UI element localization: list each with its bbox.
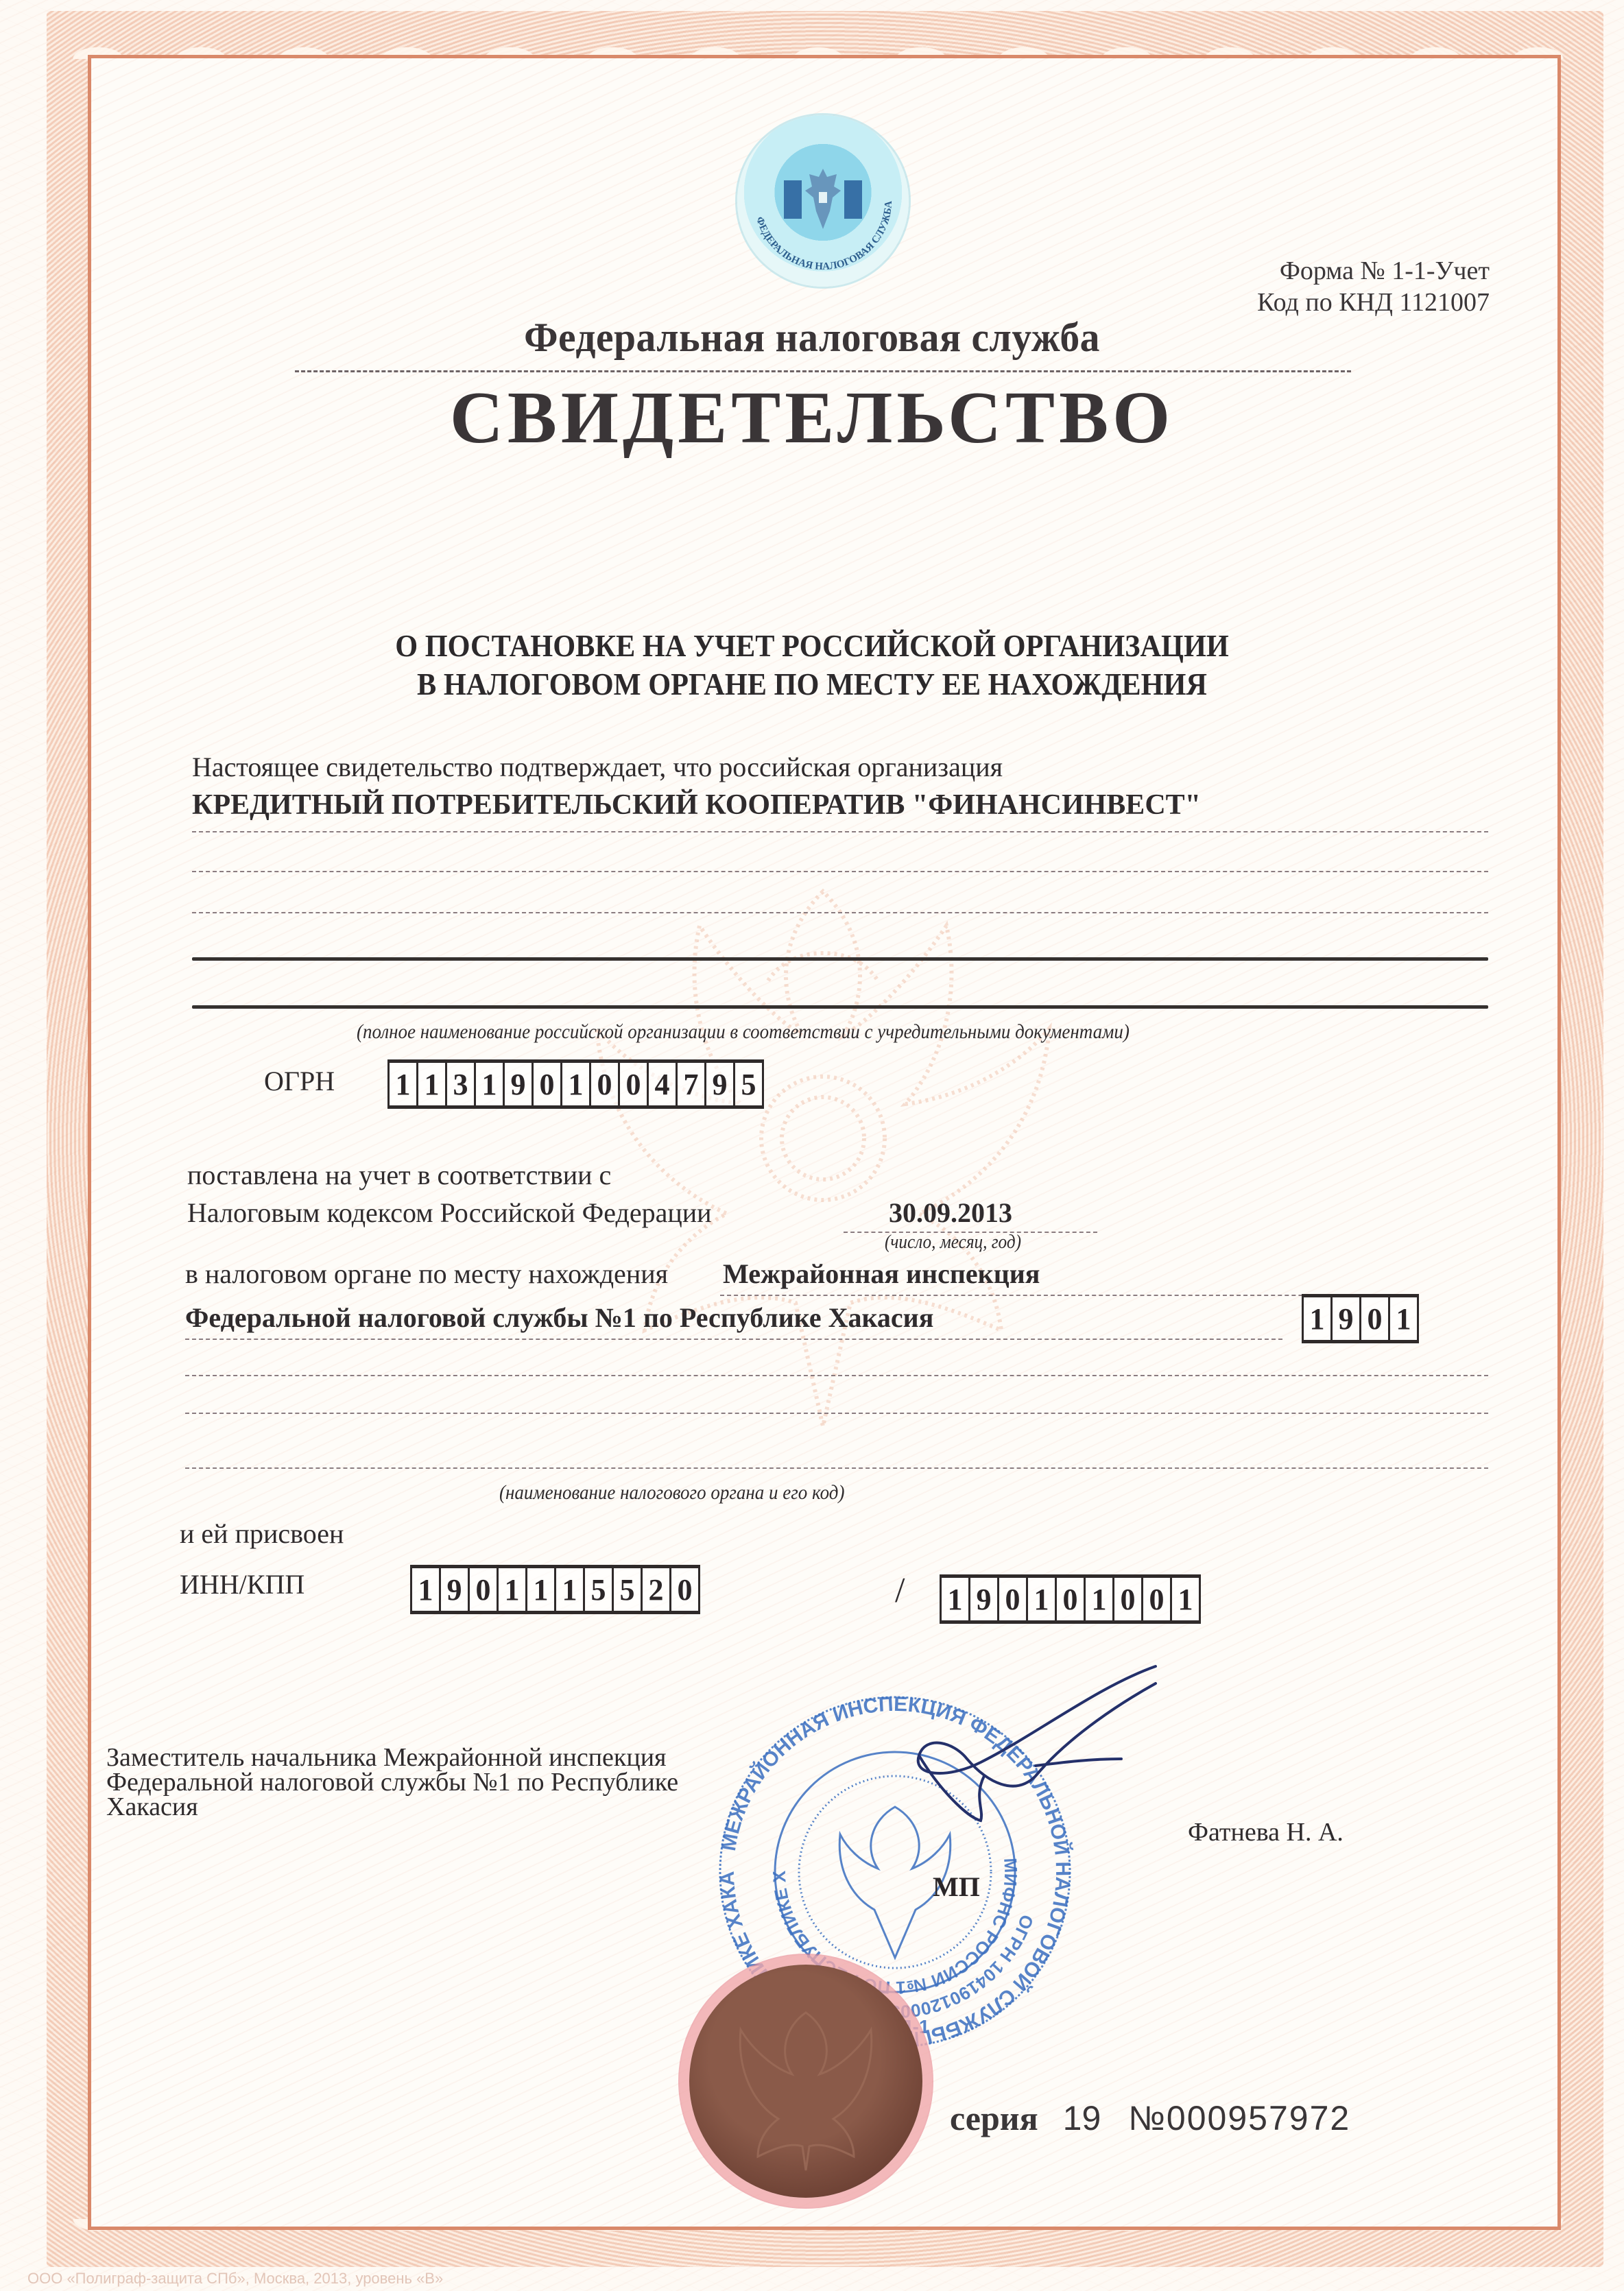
- kpp-digit: 0: [999, 1578, 1028, 1620]
- tax-authority-name-part-2: Федеральной налоговой службы №1 по Респу…: [185, 1302, 933, 1334]
- kpp-digit: 1: [942, 1578, 970, 1620]
- tax-authority-line-2: [185, 1339, 1282, 1340]
- svg-text:ФЕДЕРАЛЬНАЯ НАЛОГОВАЯ СЛУЖБА: ФЕДЕРАЛЬНАЯ НАЛОГОВАЯ СЛУЖБА: [754, 200, 894, 272]
- org-name-hint: (полное наименование российской организа…: [357, 1020, 1130, 1044]
- signatory-name: Фатнева Н. А.: [1188, 1817, 1344, 1847]
- tax-authority-hint: (наименование налогового органа и его ко…: [499, 1481, 844, 1504]
- ogrn-digit: 5: [735, 1063, 764, 1105]
- agency-name: Федеральная налоговая служба: [32, 314, 1591, 361]
- inn-digit: 1: [499, 1568, 527, 1611]
- form-number-block: Форма № 1-1-Учет Код по КНД 1121007: [1257, 255, 1490, 318]
- inn-digit: 9: [441, 1568, 470, 1611]
- signatory-title-line-1: Заместитель начальника Межрайонной инспе…: [106, 1745, 678, 1770]
- tax-authority-line-3: [185, 1375, 1488, 1376]
- tax-authority-code-digit: 0: [1361, 1297, 1390, 1340]
- ogrn-digit-boxes: 1131901004795: [387, 1059, 764, 1109]
- registered-text-line-1: поставлена на учет в соответствии с: [187, 1159, 611, 1191]
- ogrn-digit: 7: [678, 1063, 706, 1105]
- signatory-title-line-3: Хакасия: [106, 1795, 678, 1819]
- ogrn-digit: 0: [591, 1063, 620, 1105]
- kpp-digit: 9: [970, 1578, 999, 1620]
- ogrn-digit: 4: [649, 1063, 678, 1105]
- inn-digit: 5: [614, 1568, 643, 1611]
- hologram-emblem: ФЕДЕРАЛЬНАЯ НАЛОГОВАЯ СЛУЖБА: [737, 115, 909, 287]
- ogrn-digit: 1: [418, 1063, 447, 1105]
- inn-digit: 5: [585, 1568, 614, 1611]
- inn-digit: 2: [643, 1568, 671, 1611]
- org-name-line-3: [192, 912, 1488, 913]
- ogrn-digit: 0: [534, 1063, 562, 1105]
- embossed-seal: [689, 1965, 922, 2198]
- agency-underline: [295, 370, 1351, 372]
- form-number: Форма № 1-1-Учет: [1257, 255, 1490, 287]
- tax-authority-code-boxes: 1901: [1302, 1294, 1419, 1343]
- kpp-digit: 1: [1086, 1578, 1114, 1620]
- inn-digit: 1: [527, 1568, 556, 1611]
- hologram-ring-text: ФЕДЕРАЛЬНАЯ НАЛОГОВАЯ СЛУЖБА: [737, 115, 909, 287]
- signatory-title: Заместитель начальника Межрайонной инспе…: [106, 1745, 678, 1819]
- series-label: серия: [950, 2099, 1038, 2137]
- series-block: серия19№000957972: [950, 2098, 1350, 2138]
- ogrn-digit: 3: [447, 1063, 476, 1105]
- inn-digit: 1: [556, 1568, 585, 1611]
- ogrn-digit: 0: [620, 1063, 649, 1105]
- inn-digit: 0: [470, 1568, 499, 1611]
- document-title: СВИДЕТЕЛЬСТВО: [0, 376, 1624, 461]
- date-hint: (число, месяц, год): [885, 1232, 1021, 1254]
- kpp-digit: 1: [1028, 1578, 1057, 1620]
- seal-placeholder-label: МП: [933, 1871, 980, 1903]
- inn-kpp-label: ИНН/КПП: [180, 1568, 304, 1600]
- serial-number: №000957972: [1128, 2099, 1350, 2137]
- inn-digit-boxes: 1901115520: [410, 1565, 700, 1614]
- organization-name: КРЕДИТНЫЙ ПОТРЕБИТЕЛЬСКИЙ КООПЕРАТИВ "ФИ…: [192, 789, 1201, 821]
- tax-authority-code-digit: 1: [1304, 1297, 1333, 1340]
- document-subtitle: О ПОСТАНОВКЕ НА УЧЕТ РОССИЙСКОЙ ОРГАНИЗА…: [65, 627, 1560, 704]
- series-value: 19: [1063, 2099, 1101, 2137]
- inn-digit: 1: [412, 1568, 441, 1611]
- inn-digit: 0: [671, 1568, 700, 1611]
- inn-kpp-separator: /: [895, 1570, 905, 1611]
- org-name-line-1: [192, 831, 1488, 832]
- ogrn-digit: 1: [476, 1063, 505, 1105]
- kpp-digit-boxes: 190101001: [940, 1574, 1201, 1624]
- tax-authority-lead: в налоговом органе по месту нахождения: [185, 1258, 668, 1290]
- printer-note: ООО «Полиграф-защита СПб», Москва, 2013,…: [27, 2270, 443, 2288]
- ogrn-digit: 9: [706, 1063, 735, 1105]
- kpp-digit: 0: [1114, 1578, 1143, 1620]
- tax-authority-code-digit: 1: [1390, 1297, 1419, 1340]
- registered-text-line-2: Налоговым кодексом Российской Федерации: [187, 1197, 712, 1229]
- embossed-eagle-icon: [689, 1965, 922, 2198]
- signatory-title-line-2: Федеральной налоговой службы №1 по Респу…: [106, 1770, 678, 1795]
- intro-text: Настоящее свидетельство подтверждает, чт…: [192, 751, 1003, 783]
- org-name-line-5: [192, 1005, 1488, 1009]
- ogrn-digit: 1: [390, 1063, 418, 1105]
- tax-authority-name-part-1: Межрайонная инспекция: [723, 1258, 1040, 1290]
- ogrn-digit: 9: [505, 1063, 534, 1105]
- registration-date: 30.09.2013: [889, 1197, 1012, 1229]
- signature-icon: [809, 1659, 1166, 1838]
- org-name-line-4: [192, 957, 1488, 961]
- org-name-line-2: [192, 871, 1488, 872]
- kpp-digit: 1: [1172, 1578, 1201, 1620]
- kpp-digit: 0: [1143, 1578, 1172, 1620]
- kpp-digit: 0: [1057, 1578, 1086, 1620]
- tax-authority-code-digit: 9: [1333, 1297, 1361, 1340]
- subtitle-line-1: О ПОСТАНОВКЕ НА УЧЕТ РОССИЙСКОЙ ОРГАНИЗА…: [65, 627, 1560, 665]
- ogrn-digit: 1: [562, 1063, 591, 1105]
- ogrn-label: ОГРН: [264, 1065, 335, 1097]
- subtitle-line-2: В НАЛОГОВОМ ОРГАНЕ ПО МЕСТУ ЕЕ НАХОЖДЕНИ…: [65, 665, 1560, 704]
- tax-authority-line-5: [185, 1467, 1488, 1469]
- assigned-label: и ей присвоен: [180, 1518, 344, 1550]
- tax-authority-line-4: [185, 1413, 1488, 1414]
